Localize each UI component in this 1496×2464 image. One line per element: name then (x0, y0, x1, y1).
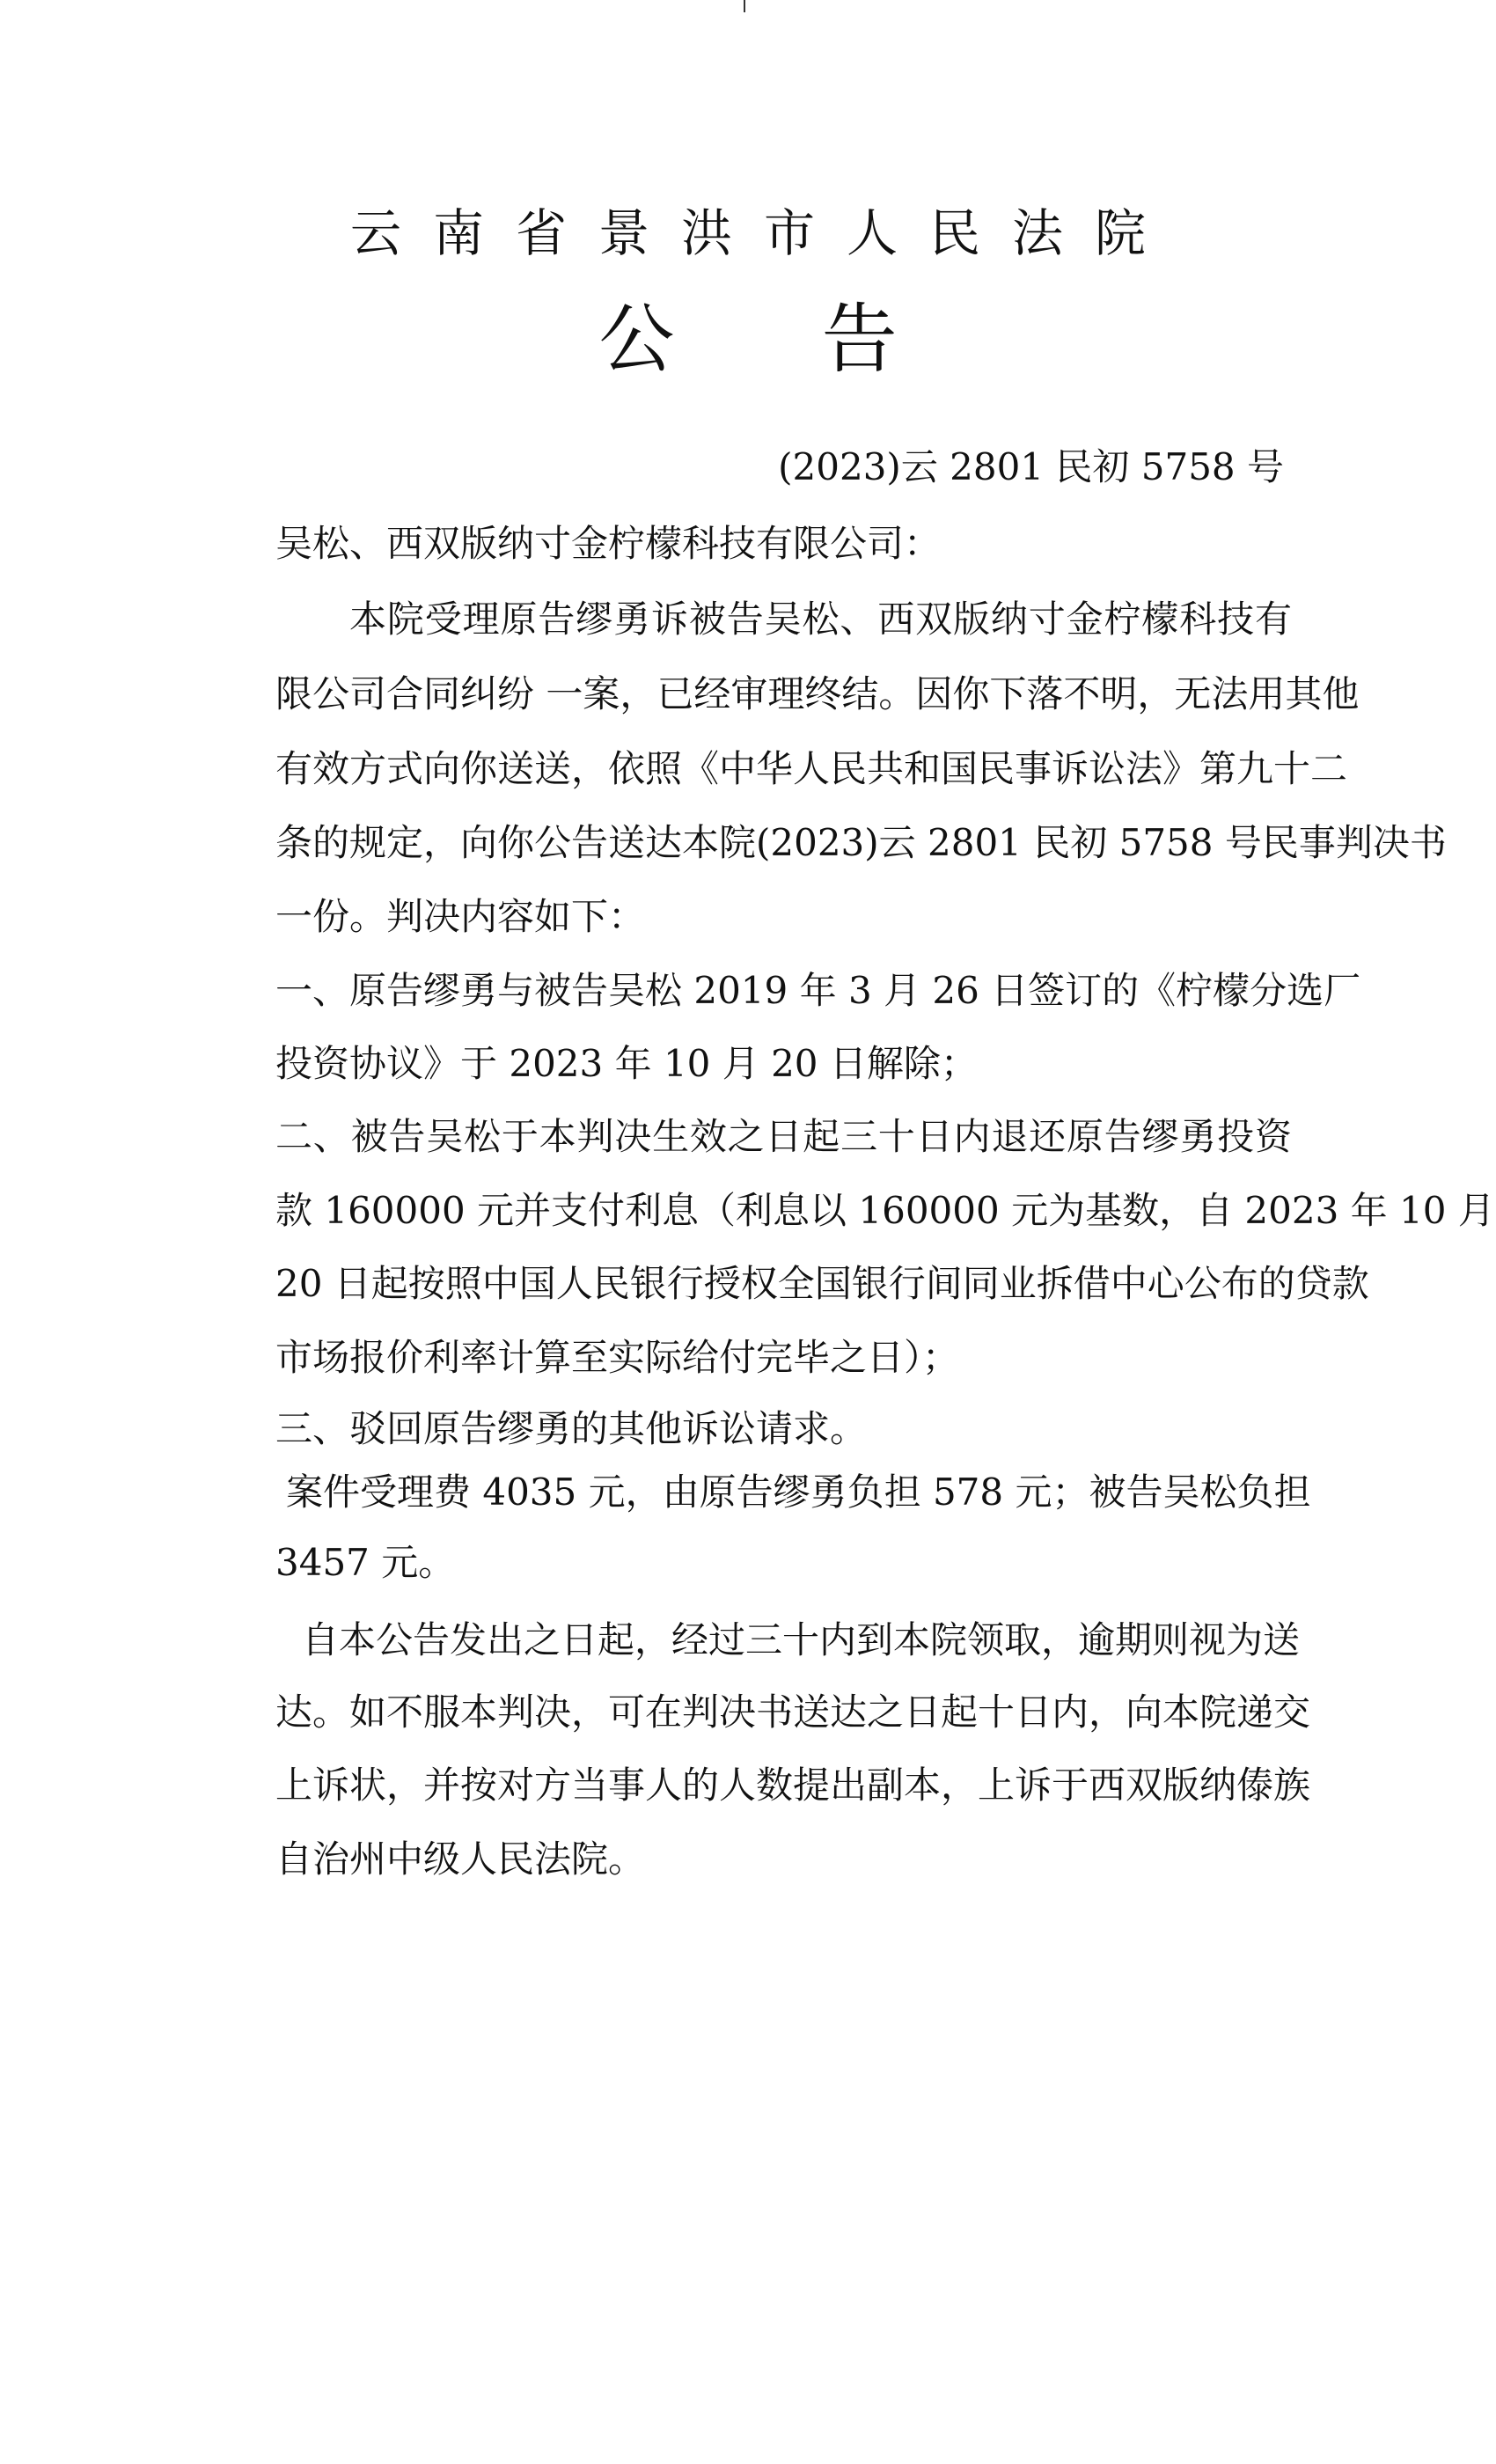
binding-mark (744, 0, 745, 12)
judgment-item-2: 二、被告吴松于本判决生效之日起三十日内退还原告缪勇投资 (275, 1114, 1292, 1160)
judgment-item-1: 一、原告缪勇与被告吴松 2019 年 3 月 26 日签订的《柠檬分选厂 (275, 968, 1292, 1014)
title-char-1: 公 (598, 297, 674, 382)
body-line: 自治州中级人民法院。 (275, 1837, 645, 1882)
body-line: 市场报价利率计算至实际给付完毕之日）； (275, 1335, 959, 1381)
notice-page: 云南省景洪市人民法院 公 告 (2023)云 2801 民初 5758 号 吴松… (0, 0, 1496, 2464)
body-line: 3457 元。 (275, 1540, 455, 1586)
court-name: 云南省景洪市人民法院 (0, 204, 1496, 262)
body-line: 有效方式向你送送，依照《中华人民共和国民事诉讼法》第九十二 (275, 746, 1292, 792)
body-line: 限公司合同纠纷 一案，已经审理终结。因你下落不明，无法用其他 (275, 671, 1292, 717)
service-notice: 自本公告发出之日起，经过三十内到本院领取，逾期则视为送 (302, 1617, 1292, 1663)
body-line: 本院受理原告缪勇诉被告吴松、西双版纳寸金柠檬科技有 (349, 597, 1292, 642)
judgment-item-3: 三、驳回原告缪勇的其他诉讼请求。 (275, 1406, 867, 1452)
body-line: 一份。判决内容如下： (275, 894, 645, 940)
document-title: 公 告 (0, 297, 1496, 382)
court-fee: 案件受理费 4035 元，由原告缪勇负担 578 元；被告吴松负担 (286, 1470, 1292, 1515)
body-line: 上诉状，并按对方当事人的人数提出副本，上诉于西双版纳傣族 (275, 1763, 1292, 1808)
body-line: 达。如不服本判决，可在判决书送达之日起十日内，向本院递交 (275, 1690, 1292, 1735)
case-number: (2023)云 2801 民初 5758 号 (778, 444, 1284, 490)
body-line: 款 160000 元并支付利息（利息以 160000 元为基数，自 2023 年… (275, 1188, 1292, 1234)
addressee: 吴松、西双版纳寸金柠檬科技有限公司： (275, 521, 941, 567)
body-line: 20 日起按照中国人民银行授权全国银行间同业拆借中心公布的贷款 (275, 1261, 1292, 1307)
body-line: 条的规定，向你公告送达本院(2023)云 2801 民初 5758 号民事判决书 (275, 820, 1292, 866)
title-char-2: 告 (822, 297, 898, 382)
body-line: 投资协议》于 2023 年 10 月 20 日解除； (275, 1041, 978, 1087)
